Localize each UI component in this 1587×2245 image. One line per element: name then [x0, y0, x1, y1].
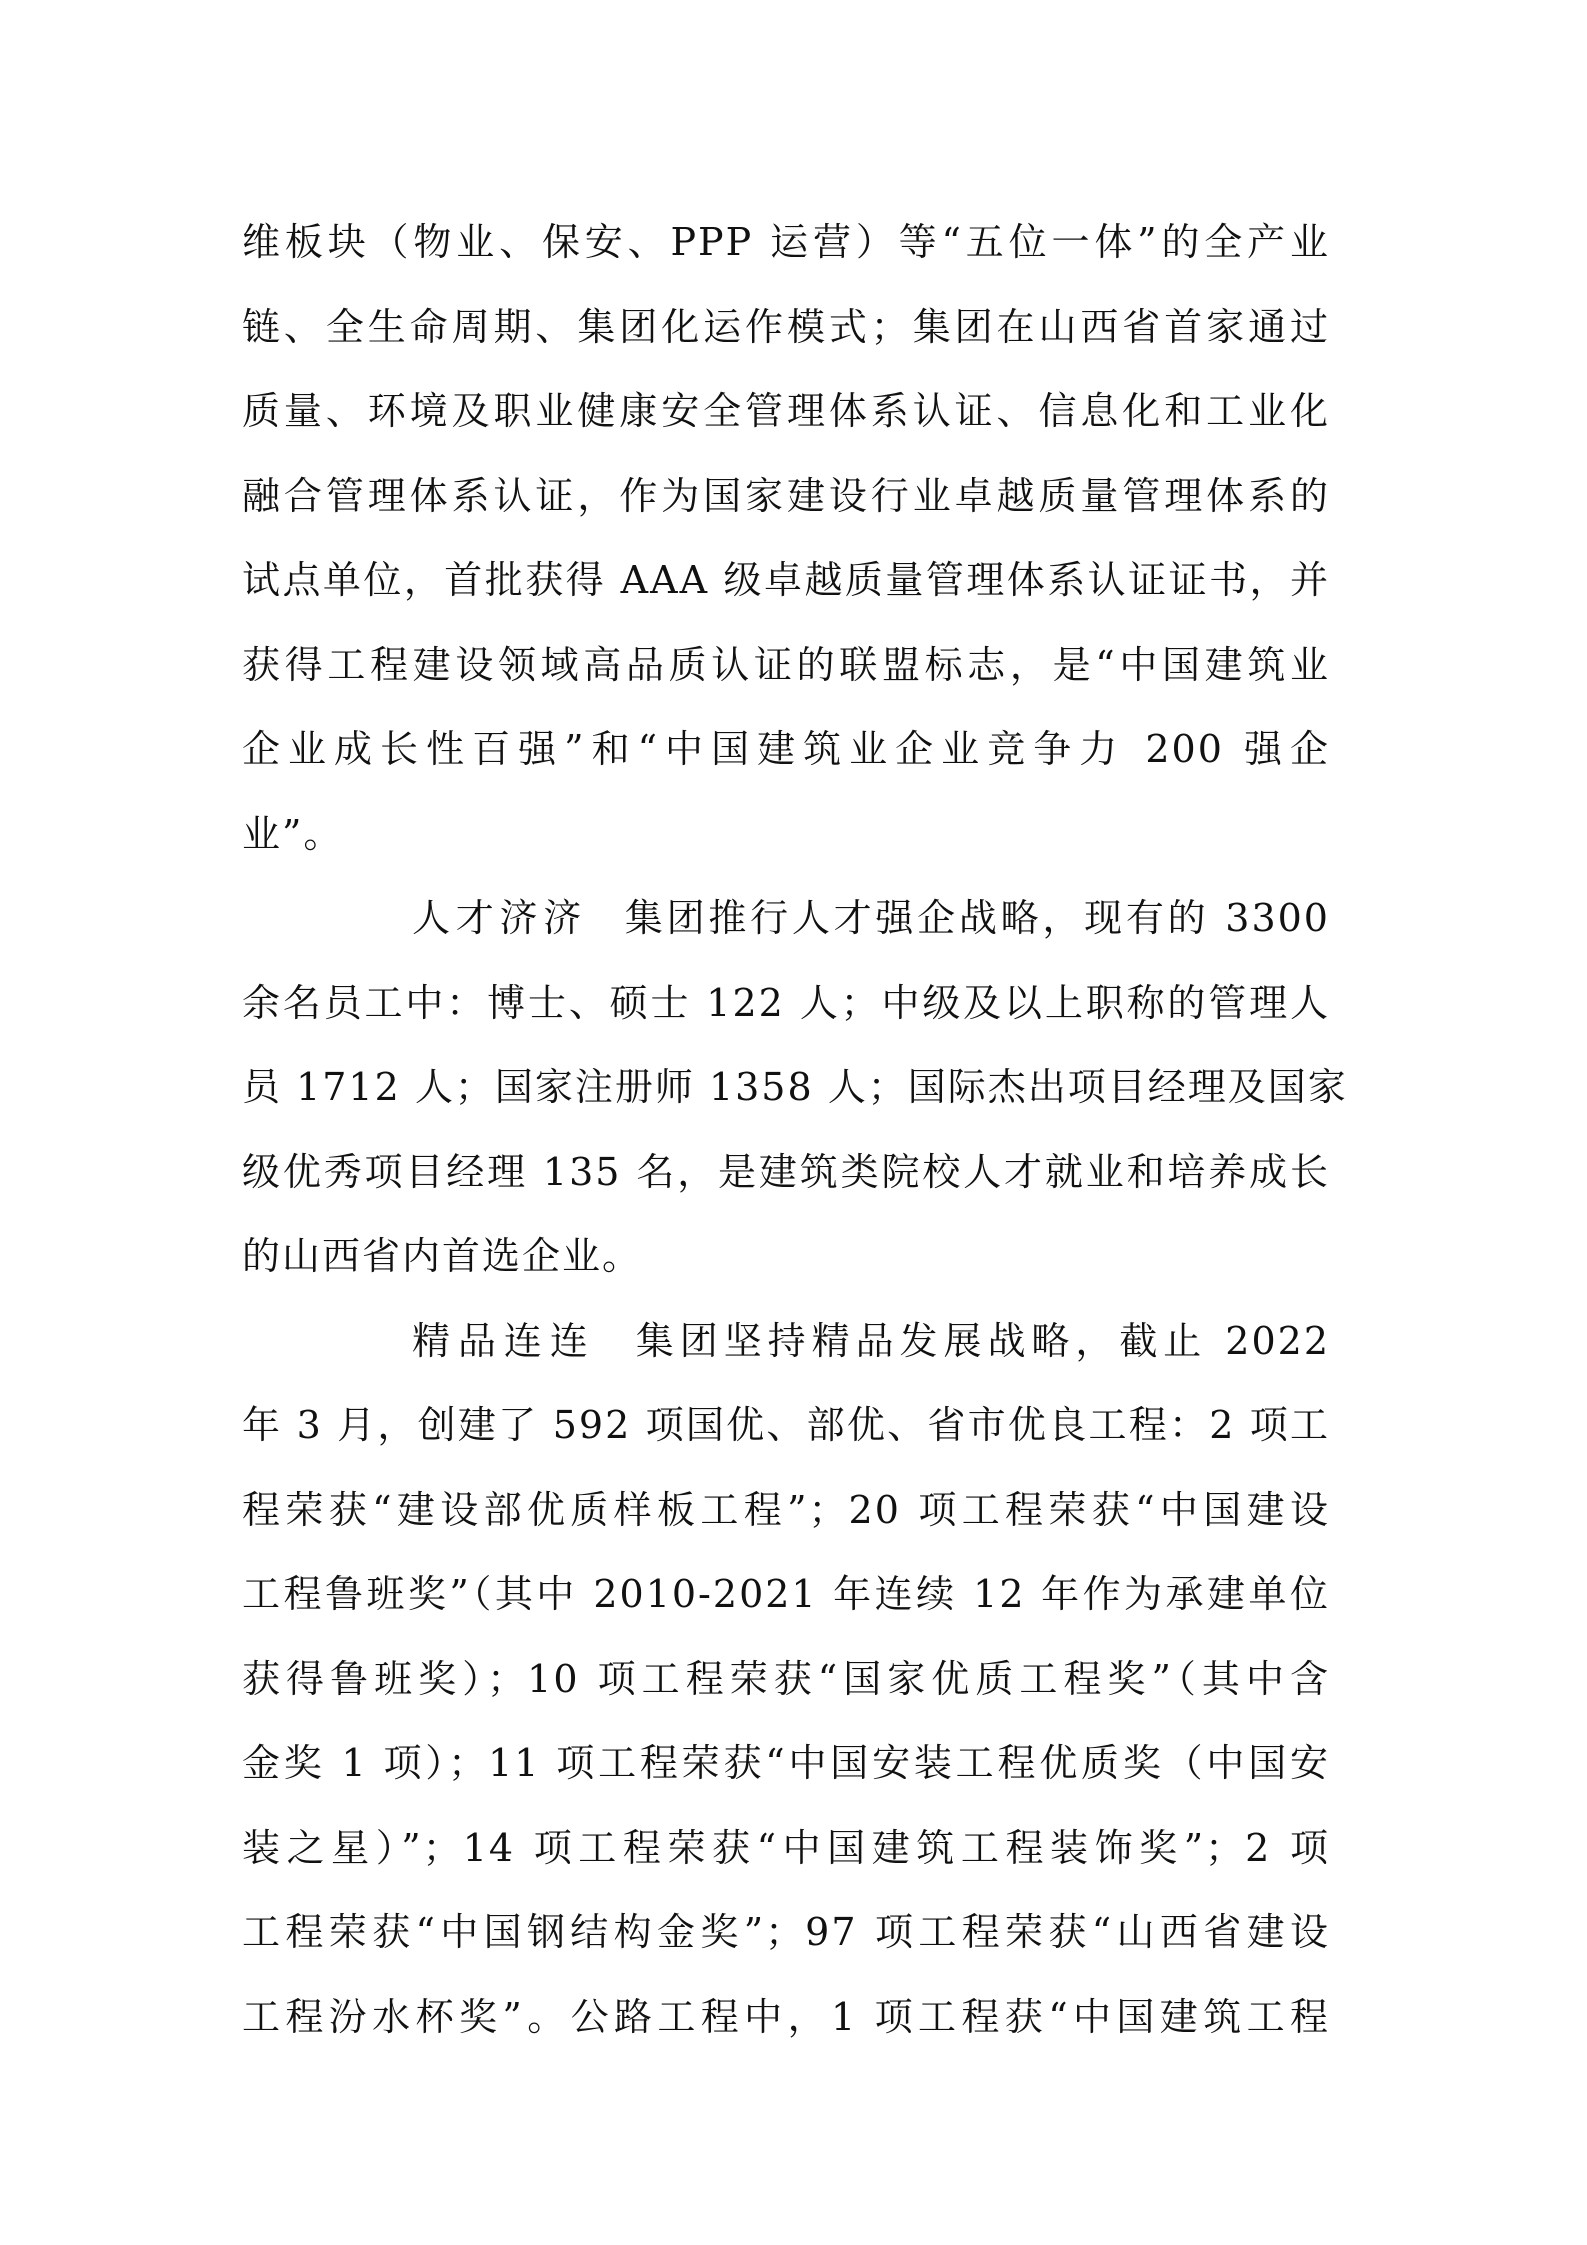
text-line: 获得工程建设领域高品质认证的联盟标志，是“中国建筑业 [242, 623, 1330, 708]
text-line: 质量、环境及职业健康安全管理体系认证、信息化和工业化 [242, 369, 1330, 454]
document-page: 维板块（物业、保安、PPP 运营）等“五位一体”的全产业 链、全生命周期、集团化… [0, 0, 1587, 2245]
text-span: 集团坚持精品发展战略，截止 2022 [632, 1319, 1330, 1363]
text-line: 工程鲁班奖”（其中 2010-2021 年连续 12 年作为承建单位 [242, 1552, 1330, 1637]
text-line: 年 3 月，创建了 592 项国优、部优、省市优良工程：2 项工 [242, 1383, 1330, 1468]
text-line: 试点单位，首批获得 AAA 级卓越质量管理体系认证证书，并 [242, 538, 1330, 623]
paragraph-first-line: 人才济济集团推行人才强企战略，现有的 3300 [242, 876, 1330, 961]
paragraph-quality-certification: 维板块（物业、保安、PPP 运营）等“五位一体”的全产业 链、全生命周期、集团化… [242, 200, 1330, 876]
text-line: 员 1712 人；国家注册师 1358 人；国际杰出项目经理及国家 [242, 1045, 1330, 1130]
text-line: 工程荣获“中国钢结构金奖”；97 项工程荣获“山西省建设 [242, 1890, 1330, 1975]
document-body: 维板块（物业、保安、PPP 运营）等“五位一体”的全产业 链、全生命周期、集团化… [242, 200, 1330, 2059]
paragraph-talent: 人才济济集团推行人才强企战略，现有的 3300 余名员工中：博士、硕士 122 … [242, 876, 1330, 1299]
paragraph-first-line: 精品连连集团坚持精品发展战略，截止 2022 [242, 1299, 1330, 1384]
text-line: 程荣获“建设部优质样板工程”；20 项工程荣获“中国建设 [242, 1468, 1330, 1553]
text-line: 的山西省内首选企业。 [242, 1214, 1330, 1299]
text-line: 工程汾水杯奖”。公路工程中，1 项工程获“中国建筑工程 [242, 1975, 1330, 2060]
text-line: 余名员工中：博士、硕士 122 人；中级及以上职称的管理人 [242, 961, 1330, 1046]
text-line: 企业成长性百强”和“中国建筑业企业竞争力 200 强企 [242, 707, 1330, 792]
text-line: 融合管理体系认证，作为国家建设行业卓越质量管理体系的 [242, 454, 1330, 539]
paragraph-heading: 人才济济 [412, 896, 587, 940]
text-line: 链、全生命周期、集团化运作模式；集团在山西省首家通过 [242, 285, 1330, 370]
paragraph-heading: 精品连连 [412, 1319, 596, 1363]
text-line: 装之星）”；14 项工程荣获“中国建筑工程装饰奖”；2 项 [242, 1806, 1330, 1891]
text-line: 级优秀项目经理 135 名，是建筑类院校人才就业和培养成长 [242, 1130, 1330, 1215]
text-line: 获得鲁班奖）；10 项工程荣获“国家优质工程奖”（其中含 [242, 1637, 1330, 1722]
text-line: 维板块（物业、保安、PPP 运营）等“五位一体”的全产业 [242, 200, 1330, 285]
text-span: 集团推行人才强企战略，现有的 3300 [623, 896, 1330, 940]
text-line: 金奖 1 项）；11 项工程荣获“中国安装工程优质奖（中国安 [242, 1721, 1330, 1806]
text-line: 业”。 [242, 792, 1330, 877]
paragraph-quality-projects: 精品连连集团坚持精品发展战略，截止 2022 年 3 月，创建了 592 项国优… [242, 1299, 1330, 2060]
